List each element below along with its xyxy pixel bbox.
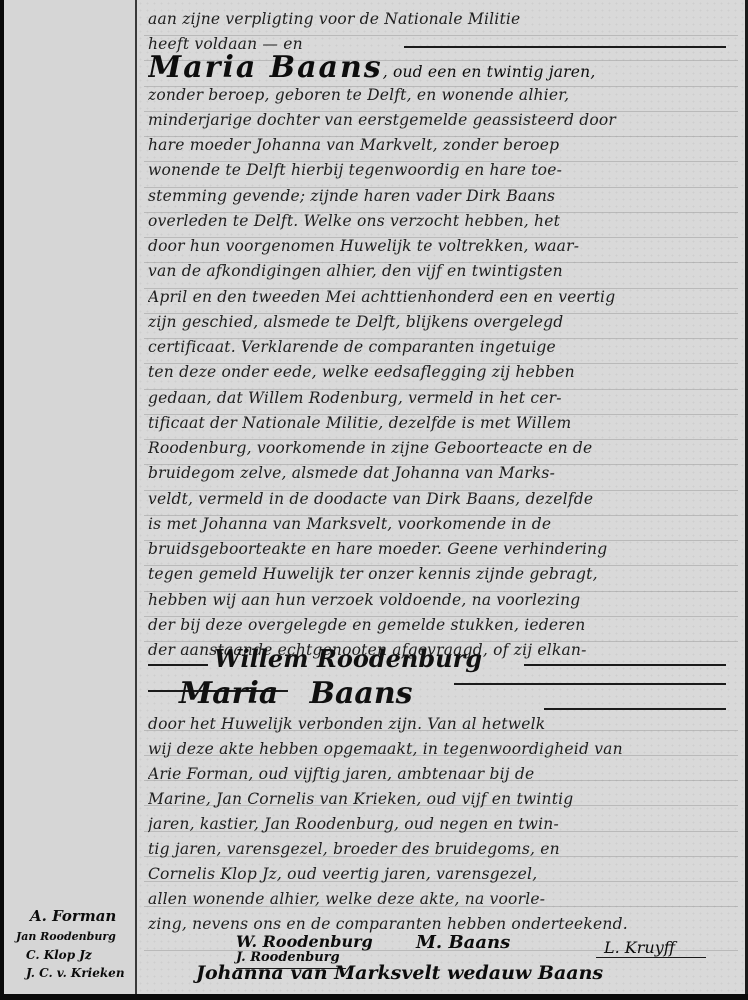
text-line: door het Huwelijk verbonden zijn. Van al… — [148, 715, 736, 733]
filler-dash — [404, 46, 726, 48]
text-line: allen wonende alhier, welke deze akte, n… — [148, 890, 736, 908]
text-line: wonende te Delft hierbij tegenwoordig en… — [148, 161, 736, 179]
bride-first-name: Maria — [148, 50, 257, 85]
text-line: tificaat der Nationale Militie, dezelfde… — [148, 414, 736, 432]
bride-last-name: Baans — [270, 50, 383, 85]
text-line: gedaan, dat Willem Rodenburg, vermeld in… — [148, 389, 736, 407]
margin-signature: C. Klop Jz — [26, 948, 92, 962]
text-line: hebben wij aan hun verzoek voldoende, na… — [148, 591, 736, 609]
bride-first-name-repeat: Maria — [179, 676, 278, 711]
text-line: wij deze akte hebben opgemaakt, in tegen… — [148, 740, 736, 758]
text-line: veldt, vermeld in de doodacte van Dirk B… — [148, 490, 736, 508]
text-line: bruidsgeboorteakte en hare moeder. Geene… — [148, 540, 736, 558]
margin-signature: Jan Roodenburg — [16, 930, 116, 943]
text-line: Marine, Jan Cornelis van Krieken, oud vi… — [148, 790, 736, 808]
register-page: aan zijne verpligting voor de Nationale … — [4, 0, 748, 994]
bride-name-repeat: Maria Baans — [179, 676, 413, 711]
text-line: door hun voorgenomen Huwelijk te voltrek… — [148, 237, 736, 255]
text-line: certificaat. Verklarende de comparanten … — [148, 338, 736, 356]
text-line: bruidegom zelve, alsmede dat Johanna van… — [148, 464, 736, 482]
groom-signature: W. Roodenburg — [236, 932, 373, 951]
text-line: zijn geschied, alsmede te Delft, blijken… — [148, 313, 736, 331]
signature-underline — [596, 957, 706, 958]
text-line: tig jaren, varensgezel, broeder des brui… — [148, 840, 736, 858]
text-line: minderjarige dochter van eerstgemelde ge… — [148, 111, 736, 129]
margin-signature: J. C. v. Krieken — [26, 966, 125, 980]
filler-dash — [454, 683, 726, 685]
bride-name-line: Maria Baans, oud een en twintig jaren, — [148, 50, 736, 85]
bride-signature: M. Baans — [416, 932, 510, 953]
text-line: Arie Forman, oud vijftig jaren, ambtenaa… — [148, 765, 736, 783]
filler-dash — [148, 664, 208, 666]
text-line: stemming gevende; zijnde haren vader Dir… — [148, 187, 736, 205]
official-signature: L. Kruyff — [604, 938, 675, 957]
text-line: ten deze onder eede, welke eedsaflegging… — [148, 363, 736, 381]
text-line: Roodenburg, voorkomende in zijne Geboort… — [148, 439, 736, 457]
text-line: overleden te Delft. Welke ons verzocht h… — [148, 212, 736, 230]
text-line: jaren, kastier, Jan Roodenburg, oud nege… — [148, 815, 736, 833]
text-line: is met Johanna van Marksvelt, voorkomend… — [148, 515, 736, 533]
filler-dash — [544, 708, 726, 710]
bride-last-name-repeat: Baans — [310, 676, 413, 711]
groom-name: Willem Roodenburg — [214, 644, 482, 673]
text-line: April en den tweeden Mei achttienhonderd… — [148, 288, 736, 306]
bride-age: , oud een en twintig jaren, — [383, 63, 596, 81]
text-line: aan zijne verpligting voor de Nationale … — [148, 10, 736, 28]
text-line: der bij deze overgelegde en gemelde stuk… — [148, 616, 736, 634]
margin-signature: A. Forman — [30, 907, 116, 925]
text-line: hare moeder Johanna van Markvelt, zonder… — [148, 136, 736, 154]
margin-rule-line — [135, 0, 137, 994]
mother-signature: Johanna van Marksvelt wedauw Baans — [196, 962, 603, 984]
text-line: van de afkondigingen alhier, den vijf en… — [148, 262, 736, 280]
left-margin-column — [4, 0, 135, 994]
text-line: tegen gemeld Huwelijk ter onzer kennis z… — [148, 565, 736, 583]
filler-dash — [524, 664, 726, 666]
text-line: Cornelis Klop Jz, oud veertig jaren, var… — [148, 865, 736, 883]
text-line: zing, nevens ons en de comparanten hebbe… — [148, 915, 736, 933]
text-line: zonder beroep, geboren te Delft, en wone… — [148, 86, 736, 104]
